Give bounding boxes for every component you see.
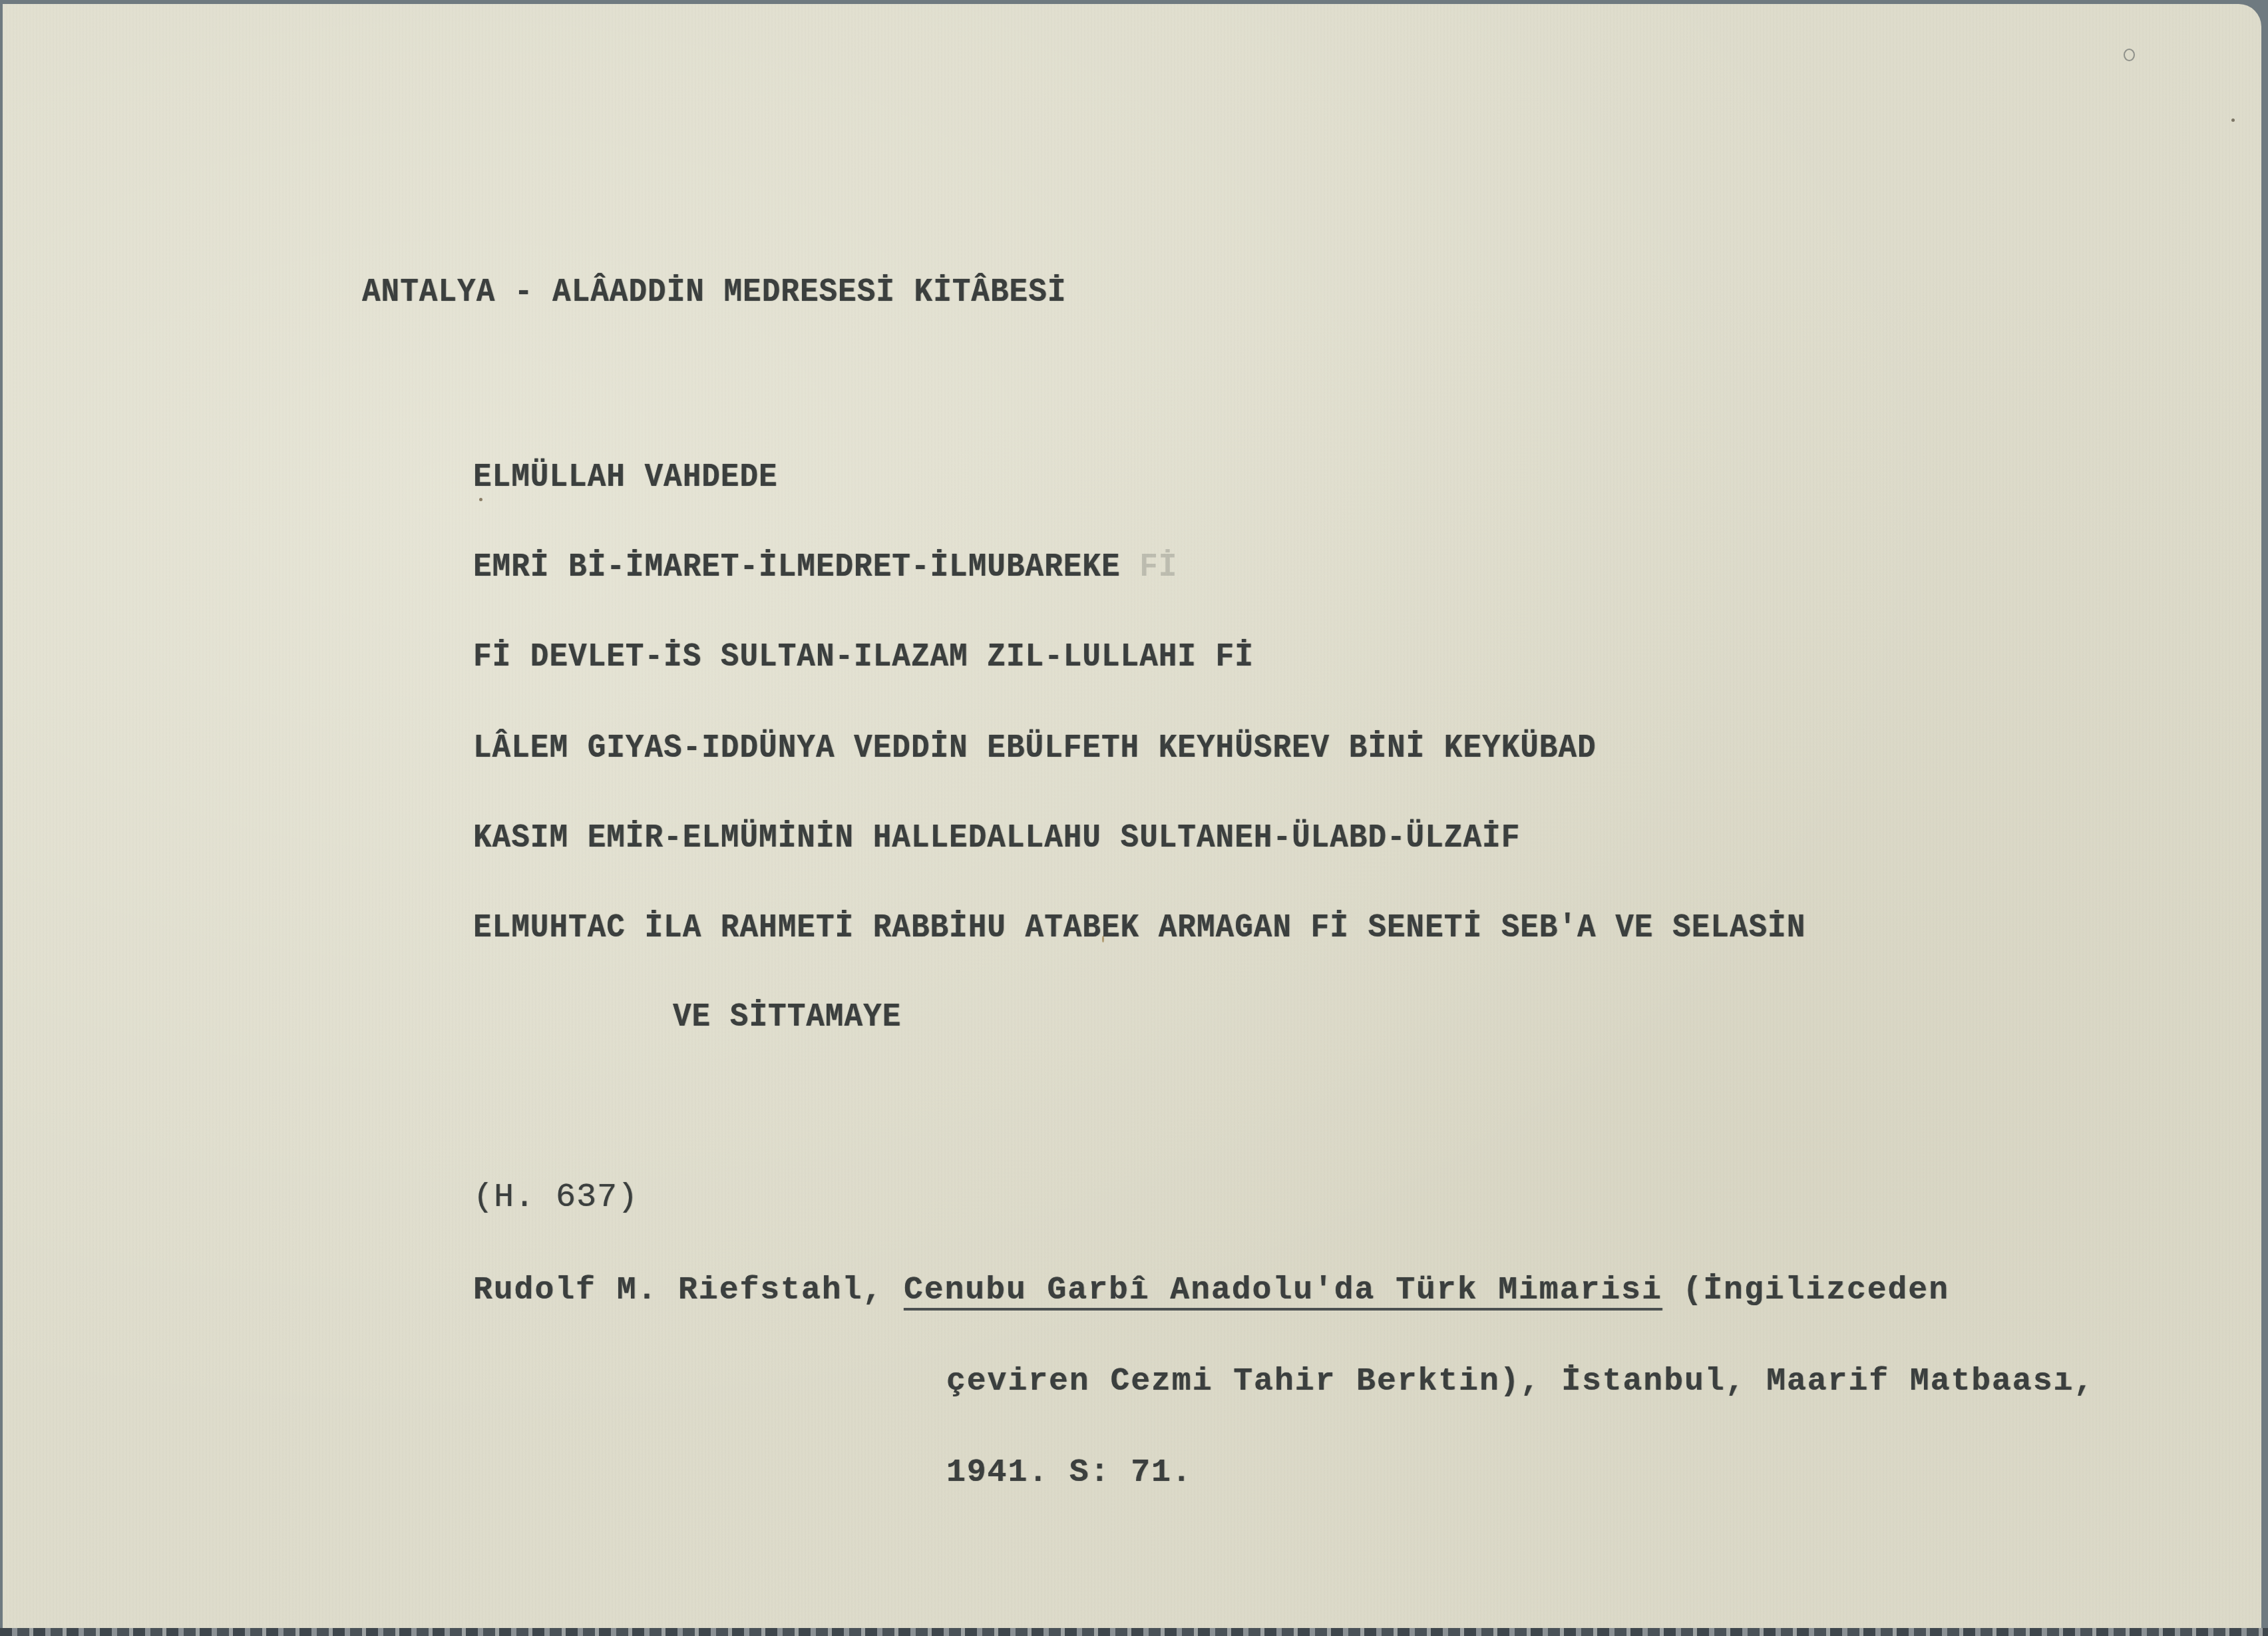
hijri-date: (H. 637): [473, 1179, 638, 1217]
inscription-line-3: Fİ DEVLET-İS SULTAN-ILAZAM ZIL-LULLAHI F…: [473, 638, 1254, 676]
paper-sheet: ANTALYA - ALÂADDİN MEDRESESİ KİTÂBESİ EL…: [3, 4, 2261, 1628]
citation-book-title: Cenubu Garbî Anadolu'da Türk Mimarisi: [904, 1273, 1662, 1309]
inscription-line-1: ELMÜLLAH VAHDEDE: [473, 459, 778, 496]
hole-mark-icon: [2124, 49, 2135, 61]
inscription-line-5: KASIM EMİR-ELMÜMİNİN HALLEDALLAHU SULTAN…: [473, 819, 1520, 857]
citation-line-2: çeviren Cezmi Tahir Berktin), İstanbul, …: [946, 1364, 2094, 1400]
citation-line-1: Rudolf M. Riefstahl, Cenubu Garbî Anadol…: [473, 1273, 1949, 1309]
inscription-line-2: EMRİ Bİ-İMARET-İLMEDRET-İLMUBAREKE Fİ: [473, 548, 1177, 586]
citation-author: Rudolf M. Riefstahl,: [473, 1273, 904, 1309]
inscription-line-7: VE SİTTAMAYE: [673, 998, 901, 1036]
scanned-document: ANTALYA - ALÂADDİN MEDRESESİ KİTÂBESİ EL…: [0, 0, 2268, 1636]
inscription-line-4: LÂLEM GIYAS-IDDÜNYA VEDDİN EBÜLFETH KEYH…: [473, 729, 1597, 767]
ink-speck: [479, 498, 482, 501]
inscription-line-2-text: EMRİ Bİ-İMARET-İLMEDRET-İLMUBAREKE: [473, 548, 1121, 586]
ink-speck: [2231, 118, 2235, 122]
document-title: ANTALYA - ALÂADDİN MEDRESESİ KİTÂBESİ: [362, 274, 1066, 311]
inscription-line-6: ELMUHTAC İLA RAHMETİ RABBİHU ATABEK ARMA…: [473, 909, 1805, 946]
citation-line-3: 1941. S: 71.: [946, 1455, 1193, 1491]
citation-translator-note: (İngilizceden: [1662, 1273, 1949, 1309]
scan-bottom-edge: [0, 1628, 2268, 1636]
faint-overstrike: Fİ: [1139, 548, 1177, 586]
